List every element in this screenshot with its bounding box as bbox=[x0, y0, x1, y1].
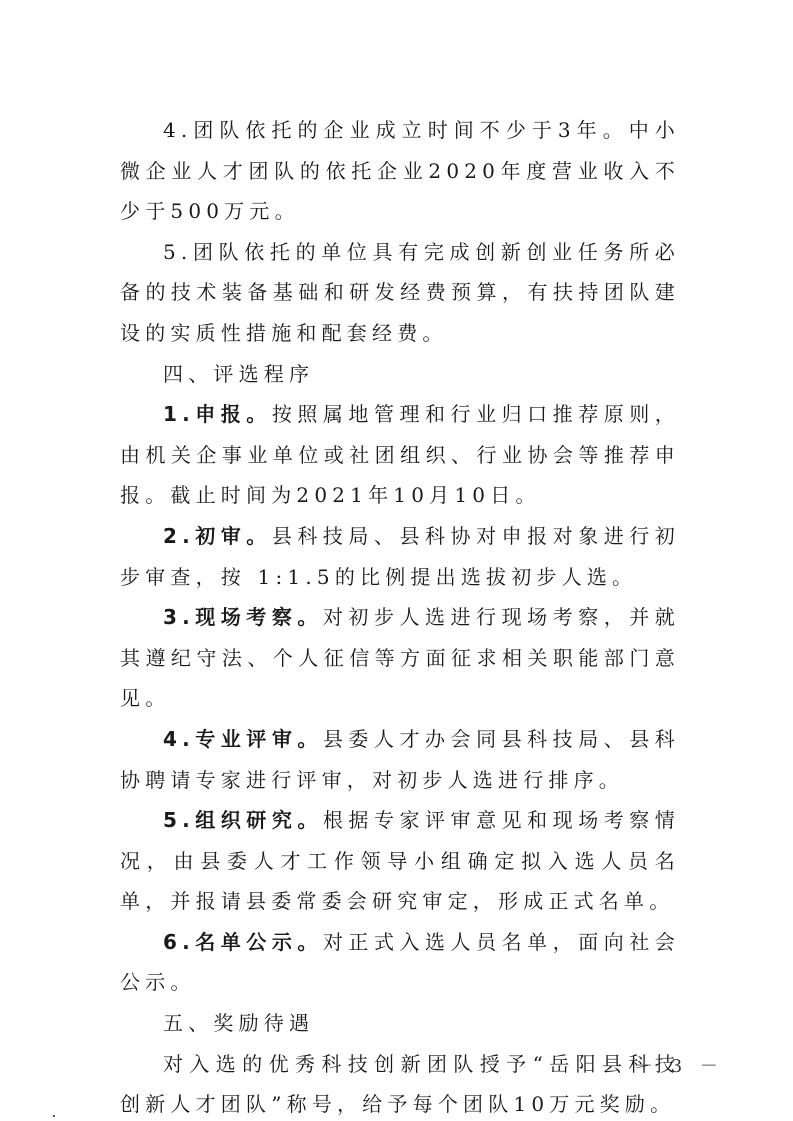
paragraph-requirement-5: 5.团队依托的单位具有完成创新创业任务所必备的技术装备基础和研发经费预算，有扶持… bbox=[120, 232, 680, 354]
step-title-site-inspection: 3.现场考察。 bbox=[163, 605, 323, 629]
paragraph-reward-detail: 对入选的优秀科技创新团队授予“岳阳县科技创新人才团队”称号，给予每个团队10万元… bbox=[120, 1044, 680, 1121]
paragraph-step-site-inspection: 3.现场考察。对初步人选进行现场考察，并就其遵纪守法、个人征信等方面征求相关职能… bbox=[120, 597, 680, 719]
section-heading-selection-procedure: 四、评选程序 bbox=[120, 354, 680, 395]
step-title-expert-review: 4.专业评审。 bbox=[163, 727, 323, 751]
page-number: － 3 － bbox=[635, 1052, 724, 1078]
section-heading-rewards: 五、奖励待遇 bbox=[120, 1003, 680, 1044]
step-title-apply: 1.申报。 bbox=[163, 402, 272, 426]
scan-speck bbox=[53, 1115, 55, 1117]
document-page: 4.团队依托的企业成立时间不少于3年。中小微企业人才团队的依托企业2020年度营… bbox=[120, 110, 680, 1121]
paragraph-step-expert-review: 4.专业评审。县委人才办会同县科技局、县科协聘请专家进行评审，对初步人选进行排序… bbox=[120, 719, 680, 800]
step-title-initial-review: 2.初审。 bbox=[163, 524, 272, 548]
paragraph-step-organization-study: 5.组织研究。根据专家评审意见和现场考察情况，由县委人才工作领导小组确定拟入选人… bbox=[120, 800, 680, 922]
step-title-public-notice: 6.名单公示。 bbox=[163, 930, 323, 954]
paragraph-step-public-notice: 6.名单公示。对正式入选人员名单，面向社会公示。 bbox=[120, 922, 680, 1003]
step-title-organization-study: 5.组织研究。 bbox=[163, 808, 323, 832]
paragraph-requirement-4: 4.团队依托的企业成立时间不少于3年。中小微企业人才团队的依托企业2020年度营… bbox=[120, 110, 680, 232]
paragraph-step-initial-review: 2.初审。县科技局、县科协对申报对象进行初步审查，按 1:1.5的比例提出选拔初… bbox=[120, 516, 680, 597]
paragraph-step-apply: 1.申报。按照属地管理和行业归口推荐原则，由机关企事业单位或社团组织、行业协会等… bbox=[120, 394, 680, 516]
